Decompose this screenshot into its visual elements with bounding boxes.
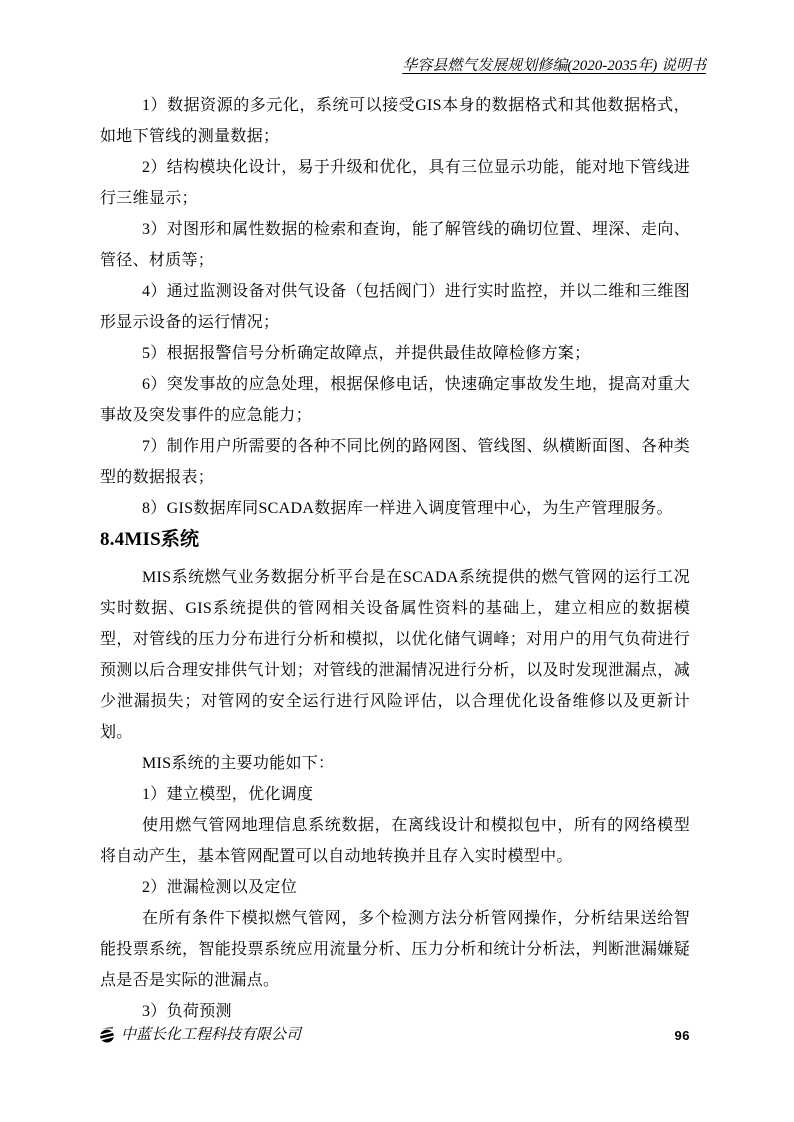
list-item-7: 7）制作用户所需要的各种不同比例的路网图、管线图、纵横断面图、各种类型的数据报表… [100,431,690,493]
page-number: 96 [675,1028,690,1043]
list-item-8: 8）GIS数据库同SCADA数据库一样进入调度管理中心，为生产管理服务。 [100,493,690,524]
list-item-5: 5）根据报警信号分析确定故障点，并提供最佳故障检修方案； [100,338,690,369]
list-item-3: 3）对图形和属性数据的检索和查询，能了解管线的确切位置、埋深、走向、管径、材质等… [100,214,690,276]
page-footer: 中蓝长化工程科技有限公司 96 [98,1024,690,1046]
paragraph-function-1-title: 1）建立模型，优化调度 [100,779,690,810]
list-item-1: 1）数据资源的多元化，系统可以接受GIS本身的数据格式和其他数据格式，如地下管线… [100,90,690,152]
paragraph-function-2-title: 2）泄漏检测以及定位 [100,872,690,903]
paragraph-function-3-title: 3）负荷预测 [100,996,690,1027]
paragraph-function-2-body: 在所有条件下模拟燃气管网，多个检测方法分析管网操作，分析结果送给智能投票系统，智… [100,903,690,996]
list-item-6: 6）突发事故的应急处理，根据保修电话，快速确定事故发生地，提高对重大事故及突发事… [100,369,690,431]
company-name: 中蓝长化工程科技有限公司 [121,1024,301,1046]
paragraph-function-1-body: 使用燃气管网地理信息系统数据，在离线设计和模拟包中，所有的网络模型将自动产生，基… [100,810,690,872]
company-logo-icon [98,1026,116,1044]
document-page: 华容县燃气发展规划修编(2020-2035年) 说明书 1）数据资源的多元化，系… [0,0,794,1122]
header-title: 华容县燃气发展规划修编(2020-2035年) 说明书 [402,58,706,74]
list-item-4: 4）通过监测设备对供气设备（包括阀门）进行实时监控，并以二维和三维图形显示设备的… [100,276,690,338]
section-heading: 8.4MIS系统 [100,525,690,554]
list-item-2: 2）结构模块化设计，易于升级和优化，具有三位显示功能，能对地下管线进行三维显示； [100,152,690,214]
page-header: 华容县燃气发展规划修编(2020-2035年) 说明书 [100,56,706,76]
footer-company: 中蓝长化工程科技有限公司 [98,1024,301,1046]
document-body: 1）数据资源的多元化，系统可以接受GIS本身的数据格式和其他数据格式，如地下管线… [100,90,690,1027]
paragraph-functions-intro: MIS系统的主要功能如下： [100,748,690,779]
paragraph-mis-intro: MIS系统燃气业务数据分析平台是在SCADA系统提供的燃气管网的运行工况实时数据… [100,562,690,748]
